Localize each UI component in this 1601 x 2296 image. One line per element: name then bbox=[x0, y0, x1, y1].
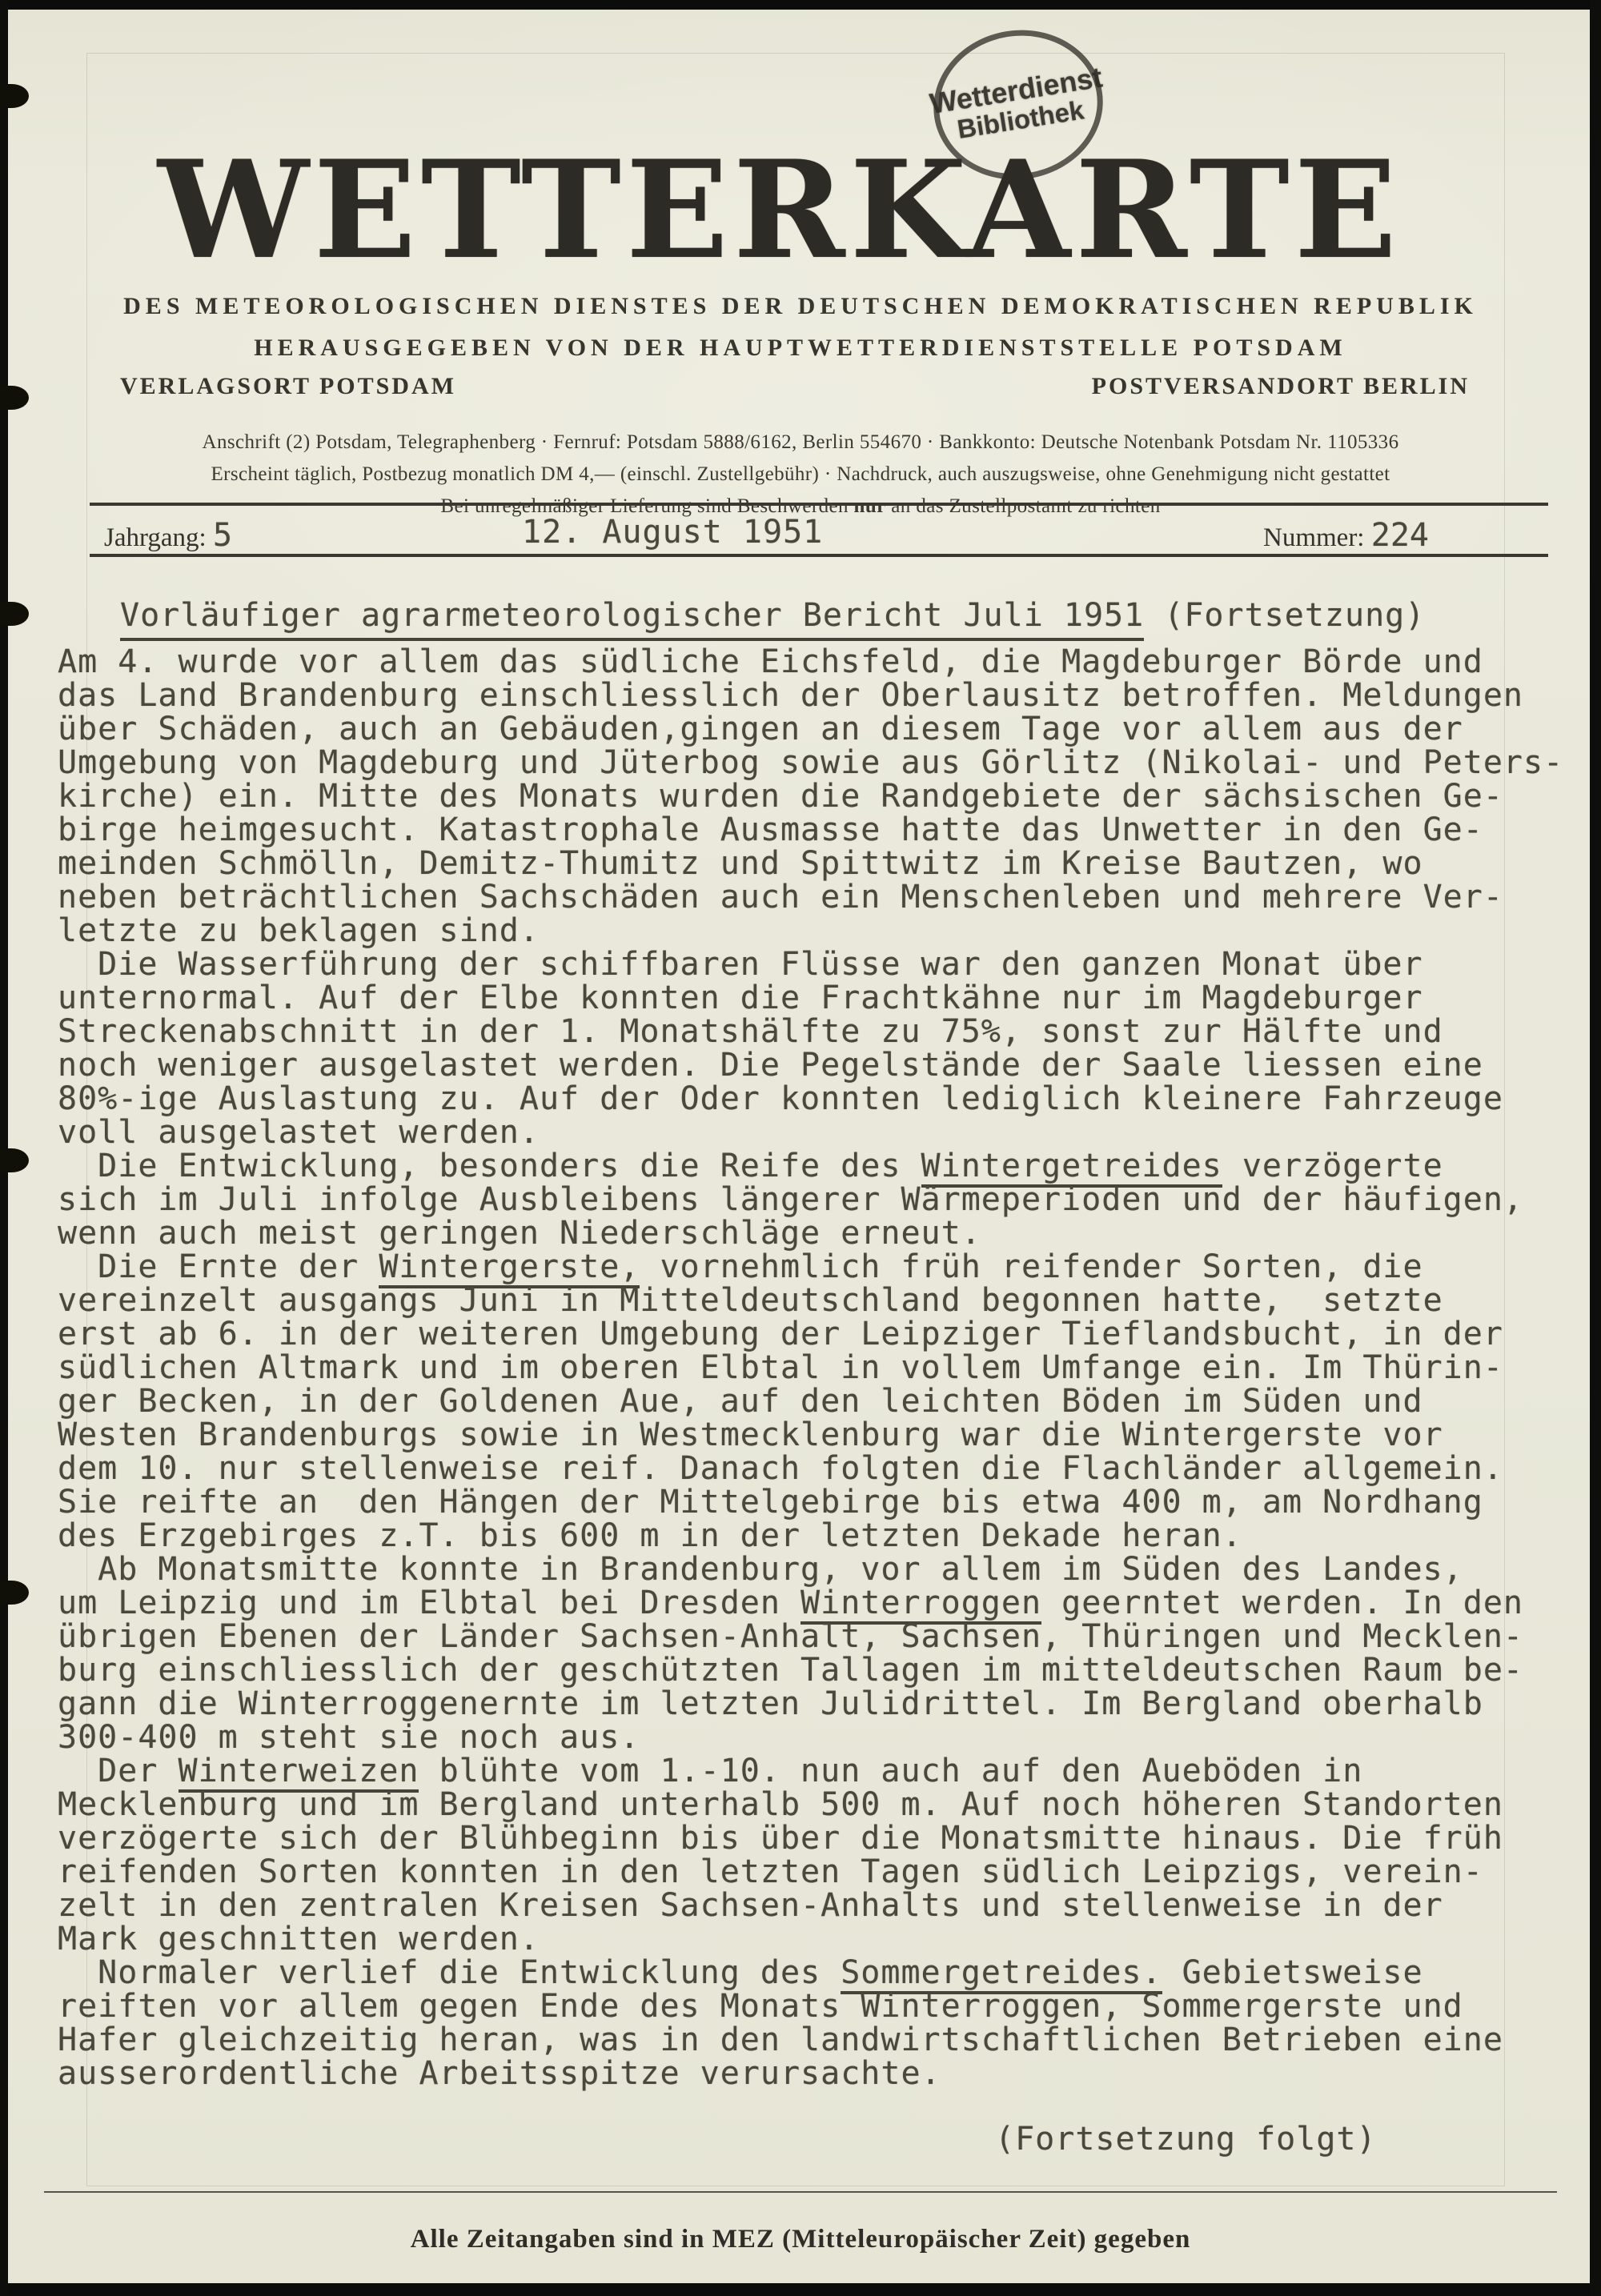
body-text-segment: neben beträchtlichen Sachschäden auch ei… bbox=[58, 879, 1503, 916]
body-line: vereinzelt ausgangs Juni in Mitteldeutsc… bbox=[58, 1284, 1587, 1317]
body-line: noch weniger ausgelastet werden. Die Peg… bbox=[58, 1048, 1587, 1082]
body-text-segment: blühte vom 1.-10. nun auch auf den Auebö… bbox=[419, 1753, 1362, 1789]
body-text-segment: Mark geschnitten werden. bbox=[58, 1921, 540, 1957]
body-line: Mecklenburg und im Bergland unterhalb 50… bbox=[58, 1788, 1587, 1821]
body-line: wenn auch meist geringen Niederschläge e… bbox=[58, 1216, 1587, 1250]
article-heading-suffix: (Fortsetzung) bbox=[1144, 597, 1425, 634]
body-line: Am 4. wurde vor allem das südliche Eichs… bbox=[58, 645, 1587, 679]
body-line: Normaler verlief die Entwicklung des Som… bbox=[58, 1956, 1587, 1989]
body-text-segment: wenn auch meist geringen Niederschläge e… bbox=[58, 1215, 981, 1252]
article-heading-underlined: Vorläufiger agrarmeteorologischer Berich… bbox=[120, 597, 1144, 641]
body-text-segment: 300-400 m steht sie noch aus. bbox=[58, 1719, 640, 1756]
body-text-segment: birge heimgesucht. Katastrophale Ausmass… bbox=[58, 811, 1483, 848]
body-line: ger Becken, in der Goldenen Aue, auf den… bbox=[58, 1384, 1587, 1418]
body-line: zelt in den zentralen Kreisen Sachsen-An… bbox=[58, 1889, 1587, 1922]
body-line: Die Entwicklung, besonders die Reife des… bbox=[58, 1149, 1587, 1183]
body-text-segment: erst ab 6. in der weiteren Umgebung der … bbox=[58, 1316, 1503, 1352]
body-text-segment: Am 4. wurde vor allem das südliche Eichs… bbox=[58, 643, 1483, 680]
body-line: Mark geschnitten werden. bbox=[58, 1922, 1587, 1956]
body-text-segment: voll ausgelastet werden. bbox=[58, 1114, 540, 1151]
body-text-segment: über Schäden, auch an Gebäuden,gingen an… bbox=[58, 711, 1463, 747]
body-text-segment: 80%-ige Auslastung zu. Auf der Oder konn… bbox=[58, 1080, 1503, 1117]
body-text-segment: geerntet werden. In den bbox=[1041, 1585, 1523, 1621]
article-heading: Vorläufiger agrarmeteorologischer Berich… bbox=[120, 597, 1425, 634]
body-line: sich im Juli infolge Ausbleibens längere… bbox=[58, 1183, 1587, 1216]
imprint-line-1: Anschrift (2) Potsdam, Telegraphenberg ·… bbox=[0, 432, 1601, 452]
body-text-segment: meinden Schmölln, Demitz-Thumitz und Spi… bbox=[58, 845, 1423, 882]
body-line: Westen Brandenburgs sowie in Westmecklen… bbox=[58, 1418, 1587, 1452]
issue-bar: Jahrgang: 5 12. August 1951 Nummer: 224 bbox=[0, 514, 1601, 554]
body-text-segment: um Leipzig und im Elbtal bei Dresden bbox=[58, 1585, 800, 1621]
body-text-segment: verzögerte bbox=[1222, 1148, 1443, 1184]
issue-bar-rule-top bbox=[90, 503, 1548, 506]
issue-number-value: 224 bbox=[1371, 517, 1429, 554]
body-text-segment: Die Entwicklung, besonders die Reife des bbox=[58, 1148, 921, 1184]
closing-line: (Fortsetzung folgt) bbox=[58, 2122, 1587, 2156]
body-text-segment: Die Ernte der bbox=[58, 1248, 379, 1285]
body-line: des Erzgebirges z.T. bis 600 m in der le… bbox=[58, 1519, 1587, 1553]
body-line: birge heimgesucht. Katastrophale Ausmass… bbox=[58, 813, 1587, 847]
publisher-right: POSTVERSANDORT BERLIN bbox=[1092, 373, 1470, 400]
scanned-document-page: Wetterdienst Bibliothek WETTERKARTE DES … bbox=[0, 0, 1601, 2296]
body-text-segment: verzögerte sich der Blühbeginn bis über … bbox=[58, 1820, 1503, 1857]
body-line: gann die Winterroggenernte im letzten Ju… bbox=[58, 1687, 1587, 1721]
punch-hole bbox=[0, 84, 29, 108]
body-text-segment: südlichen Altmark und im oberen Elbtal i… bbox=[58, 1349, 1503, 1386]
body-line: Streckenabschnitt in der 1. Monatshälfte… bbox=[58, 1015, 1587, 1048]
body-text-segment: reifenden Sorten konnten in den letzten … bbox=[58, 1853, 1483, 1890]
body-text-segment: gann die Winterroggenernte im letzten Ju… bbox=[58, 1685, 1483, 1722]
body-text-segment: Sie reifte an den Hängen der Mittelgebir… bbox=[58, 1484, 1483, 1521]
body-text-segment: dem 10. nur stellenweise reif. Danach fo… bbox=[58, 1450, 1503, 1487]
body-line: 80%-ige Auslastung zu. Auf der Oder konn… bbox=[58, 1082, 1587, 1116]
body-text-segment: Normaler verlief die Entwicklung des bbox=[58, 1954, 841, 1991]
body-text-segment: letzte zu beklagen sind. bbox=[58, 912, 540, 949]
issue-number-label: Nummer: bbox=[1263, 523, 1371, 552]
masthead-subtitle-1: DES METEOROLOGISCHEN DIENSTES DER DEUTSC… bbox=[0, 293, 1601, 320]
body-text-segment: Mecklenburg und im Bergland unterhalb 50… bbox=[58, 1786, 1503, 1823]
publisher-row: VERLAGSORT POTSDAM POSTVERSANDORT BERLIN bbox=[120, 373, 1470, 400]
scan-edge-top bbox=[0, 0, 1601, 10]
body-line: 300-400 m steht sie noch aus. bbox=[58, 1721, 1587, 1754]
publisher-left: VERLAGSORT POTSDAM bbox=[120, 373, 456, 400]
body-line: reifenden Sorten konnten in den letzten … bbox=[58, 1855, 1587, 1889]
body-line: Die Ernte der Wintergerste, vornehmlich … bbox=[58, 1250, 1587, 1284]
body-text-segment: Westen Brandenburgs sowie in Westmecklen… bbox=[58, 1416, 1443, 1453]
body-text-segment: Gebietsweise bbox=[1162, 1954, 1423, 1991]
imprint-line-2: Erscheint täglich, Postbezug monatlich D… bbox=[0, 464, 1601, 484]
body-text-segment: das Land Brandenburg einschliesslich der… bbox=[58, 677, 1523, 714]
body-line: Der Winterweizen blühte vom 1.-10. nun a… bbox=[58, 1754, 1587, 1788]
body-line: südlichen Altmark und im oberen Elbtal i… bbox=[58, 1351, 1587, 1384]
body-text-segment: vereinzelt ausgangs Juni in Mitteldeutsc… bbox=[58, 1282, 1443, 1319]
body-line: das Land Brandenburg einschliesslich der… bbox=[58, 679, 1587, 712]
body-text-segment: reiften vor allem gegen Ende des Monats … bbox=[58, 1988, 1463, 2025]
issue-bar-rule-bottom bbox=[90, 554, 1548, 557]
issue-date: 12. August 1951 bbox=[522, 514, 823, 551]
body-line: ausserordentliche Arbeitsspitze verursac… bbox=[58, 2057, 1587, 2090]
masthead-subtitle-2: HERAUSGEGEBEN VON DER HAUPTWETTERDIENSTS… bbox=[0, 335, 1601, 362]
body-line: neben beträchtlichen Sachschäden auch ei… bbox=[58, 880, 1587, 914]
issue-number: Nummer: 224 bbox=[1263, 517, 1429, 554]
body-line: Ab Monatsmitte konnte in Brandenburg, vo… bbox=[58, 1553, 1587, 1586]
body-line: kirche) ein. Mitte des Monats wurden die… bbox=[58, 779, 1587, 813]
body-text-segment: unternormal. Auf der Elbe konnten die Fr… bbox=[58, 980, 1423, 1016]
body-text-segment: ger Becken, in der Goldenen Aue, auf den… bbox=[58, 1383, 1423, 1420]
body-text-segment: sich im Juli infolge Ausbleibens längere… bbox=[58, 1181, 1523, 1218]
body-text-segment: Ab Monatsmitte konnte in Brandenburg, vo… bbox=[58, 1551, 1463, 1588]
volume-value: 5 bbox=[213, 517, 232, 554]
body-line: Hafer gleichzeitig heran, was in den lan… bbox=[58, 2023, 1587, 2057]
body-line: verzögerte sich der Blühbeginn bis über … bbox=[58, 1821, 1587, 1855]
body-text-segment: zelt in den zentralen Kreisen Sachsen-An… bbox=[58, 1887, 1443, 1924]
body-text-segment: ausserordentliche Arbeitsspitze verursac… bbox=[58, 2055, 941, 2092]
body-text-segment: kirche) ein. Mitte des Monats wurden die… bbox=[58, 778, 1503, 815]
footer-rule bbox=[44, 2191, 1557, 2193]
volume-label: Jahrgang: bbox=[104, 523, 213, 552]
body-text-segment: übrigen Ebenen der Länder Sachsen-Anhalt… bbox=[58, 1618, 1523, 1655]
body-line: Die Wasserführung der schiffbaren Flüsse… bbox=[58, 948, 1587, 981]
masthead-title: WETTERKARTE bbox=[0, 142, 1580, 277]
body-line: reiften vor allem gegen Ende des Monats … bbox=[58, 1989, 1587, 2023]
body-text-segment: noch weniger ausgelastet werden. Die Peg… bbox=[58, 1047, 1483, 1084]
body-text-segment: burg einschliesslich der geschützten Tal… bbox=[58, 1652, 1523, 1689]
body-line: übrigen Ebenen der Länder Sachsen-Anhalt… bbox=[58, 1620, 1587, 1653]
body-text-segment: vornehmlich früh reifender Sorten, die bbox=[640, 1248, 1422, 1285]
body-text-segment: des Erzgebirges z.T. bis 600 m in der le… bbox=[58, 1517, 1242, 1554]
scan-edge-bottom bbox=[0, 2283, 1601, 2296]
body-line: meinden Schmölln, Demitz-Thumitz und Spi… bbox=[58, 847, 1587, 880]
punch-hole bbox=[0, 1148, 29, 1172]
body-line: letzte zu beklagen sind. bbox=[58, 914, 1587, 948]
punch-hole bbox=[0, 1581, 29, 1605]
body-line: Sie reifte an den Hängen der Mittelgebir… bbox=[58, 1485, 1587, 1519]
body-line: um Leipzig und im Elbtal bei Dresden Win… bbox=[58, 1586, 1587, 1620]
body-text-segment: Streckenabschnitt in der 1. Monatshälfte… bbox=[58, 1013, 1443, 1050]
article-body: Am 4. wurde vor allem das südliche Eichs… bbox=[58, 645, 1587, 2156]
body-line: erst ab 6. in der weiteren Umgebung der … bbox=[58, 1317, 1587, 1351]
body-line: voll ausgelastet werden. bbox=[58, 1116, 1587, 1149]
body-line: über Schäden, auch an Gebäuden,gingen an… bbox=[58, 712, 1587, 746]
punch-hole bbox=[0, 386, 29, 410]
body-text-segment: Umgebung von Magdeburg und Jüterbog sowi… bbox=[58, 744, 1563, 781]
body-line: burg einschliesslich der geschützten Tal… bbox=[58, 1653, 1587, 1687]
body-line: Umgebung von Magdeburg und Jüterbog sowi… bbox=[58, 746, 1587, 779]
body-text-segment: Die Wasserführung der schiffbaren Flüsse… bbox=[58, 946, 1423, 983]
body-text-segment: Hafer gleichzeitig heran, was in den lan… bbox=[58, 2022, 1503, 2058]
punch-hole bbox=[0, 602, 29, 626]
body-line: dem 10. nur stellenweise reif. Danach fo… bbox=[58, 1452, 1587, 1485]
footer-note: Alle Zeitangaben sind in MEZ (Mitteleuro… bbox=[0, 2225, 1601, 2254]
body-text-segment: Der bbox=[58, 1753, 179, 1789]
volume: Jahrgang: 5 bbox=[104, 517, 232, 554]
body-line: unternormal. Auf der Elbe konnten die Fr… bbox=[58, 981, 1587, 1015]
